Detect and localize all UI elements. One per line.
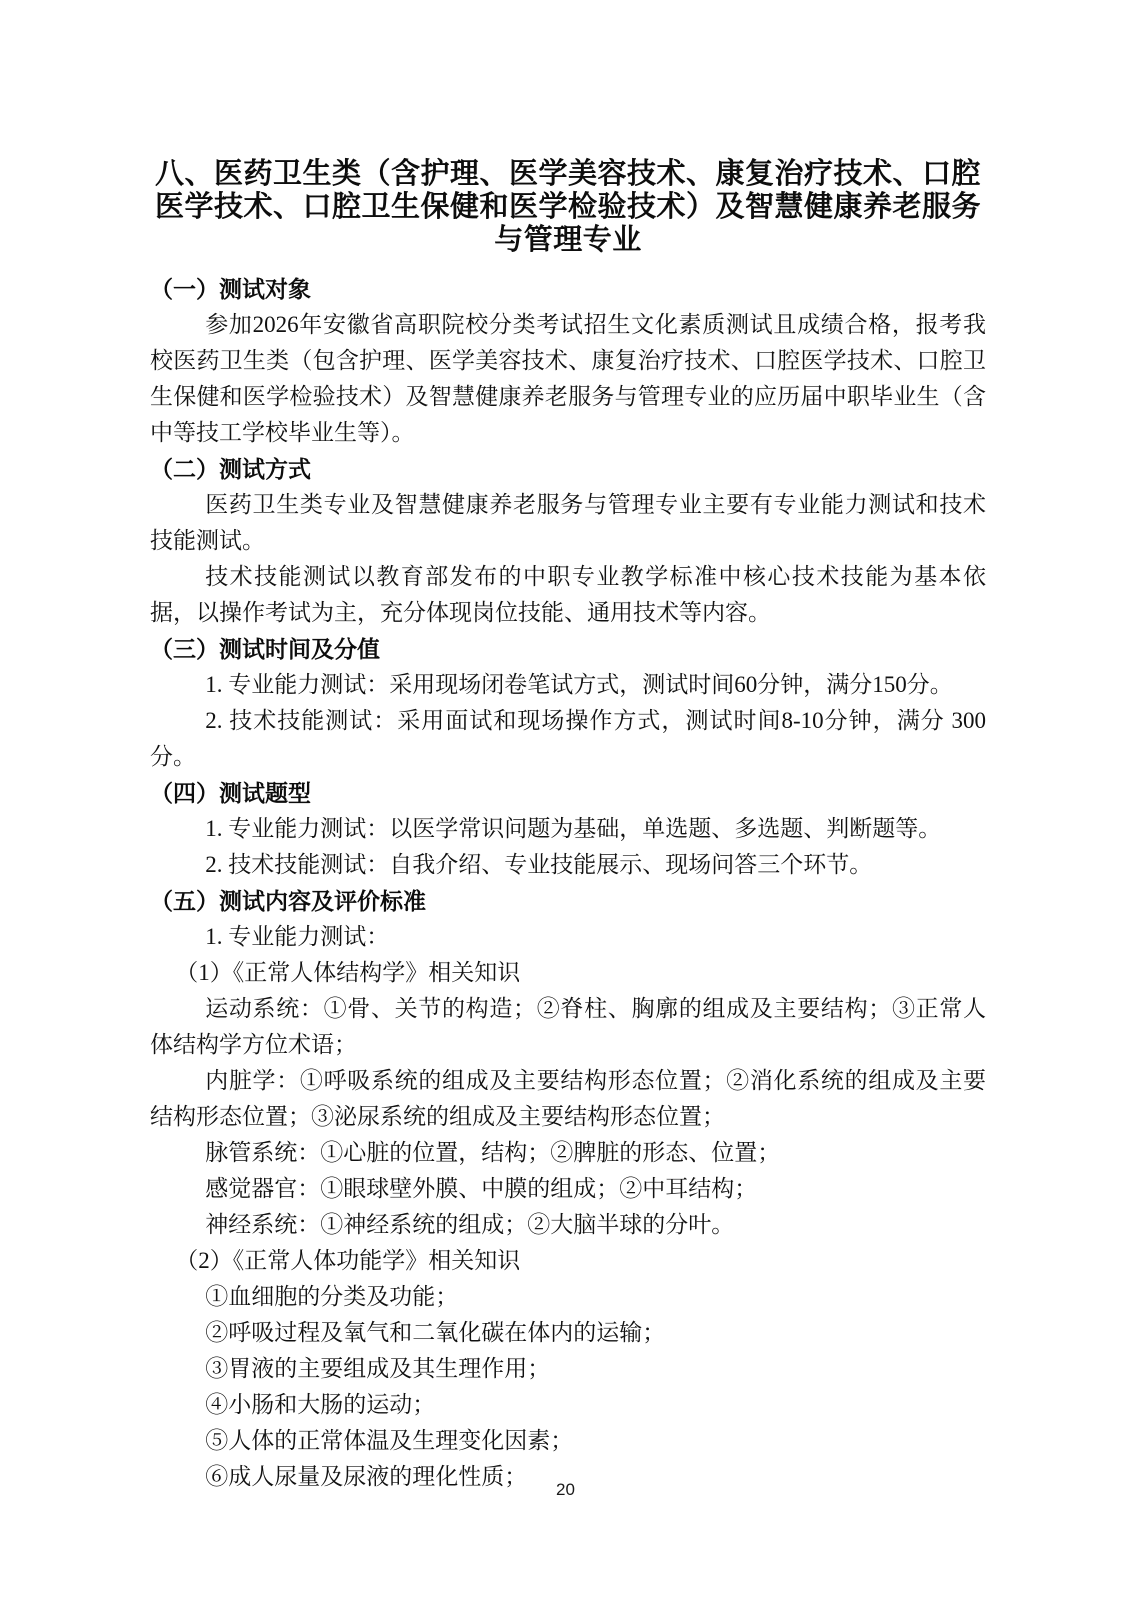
- item-ability-test-types: 1. 专业能力测试：以医学常识问题为基础，单选题、多选题、判断题等。: [150, 811, 986, 847]
- section-heading-4-question-types: （四）测试题型: [150, 775, 986, 811]
- list-item-intestine-motion: ④小肠和大肠的运动；: [150, 1387, 986, 1423]
- section-heading-2-test-method: （二）测试方式: [150, 451, 986, 487]
- para-vascular-system: 脉管系统：①心脏的位置，结构；②脾脏的形态、位置；: [150, 1135, 986, 1171]
- para-test-method-1: 医药卫生类专业及智慧健康养老服务与管理专业主要有专业能力测试和技术技能测试。: [150, 487, 986, 559]
- para-test-target: 参加2026年安徽省高职院校分类考试招生文化素质测试且成绩合格，报考我校医药卫生…: [150, 307, 986, 451]
- section-heading-3-time-and-score: （三）测试时间及分值: [150, 631, 986, 667]
- subitem-body-structure-knowledge: （1）《正常人体结构学》相关知识: [150, 955, 986, 991]
- para-test-method-2: 技术技能测试以教育部发布的中职专业教学标准中核心技术技能为基本依据，以操作考试为…: [150, 559, 986, 631]
- section-heading-5-content-criteria: （五）测试内容及评价标准: [150, 883, 986, 919]
- document-title: 八、医药卫生类（含护理、医学美容技术、康复治疗技术、口腔 医学技术、口腔卫生保健…: [150, 158, 986, 257]
- page-number: 20: [0, 1480, 1131, 1500]
- item-ability-test-time: 1. 专业能力测试：采用现场闭卷笔试方式，测试时间60分钟，满分150分。: [150, 667, 986, 703]
- list-item-gastric-juice: ③胃液的主要组成及其生理作用；: [150, 1351, 986, 1387]
- item-ability-test-label: 1. 专业能力测试：: [150, 919, 986, 955]
- para-viscera: 内脏学：①呼吸系统的组成及主要结构形态位置；②消化系统的组成及主要结构形态位置；…: [150, 1063, 986, 1135]
- subitem-body-function-knowledge: （2）《正常人体功能学》相关知识: [150, 1243, 986, 1279]
- list-item-body-temperature: ⑤人体的正常体温及生理变化因素；: [150, 1423, 986, 1459]
- document-page: 八、医药卫生类（含护理、医学美容技术、康复治疗技术、口腔 医学技术、口腔卫生保健…: [0, 0, 1131, 1600]
- para-sensory-organs: 感觉器官：①眼球壁外膜、中膜的组成；②中耳结构；: [150, 1171, 986, 1207]
- list-item-blood-cells: ①血细胞的分类及功能；: [150, 1279, 986, 1315]
- item-skill-test-time: 2. 技术技能测试：采用面试和现场操作方式，测试时间8-10分钟，满分 300分…: [150, 703, 986, 775]
- document-content: 八、医药卫生类（含护理、医学美容技术、康复治疗技术、口腔 医学技术、口腔卫生保健…: [150, 0, 986, 1495]
- list-item-respiration: ②呼吸过程及氧气和二氧化碳在体内的运输；: [150, 1315, 986, 1351]
- item-skill-test-types: 2. 技术技能测试：自我介绍、专业技能展示、现场问答三个环节。: [150, 847, 986, 883]
- section-heading-1-test-target: （一）测试对象: [150, 271, 986, 307]
- para-motor-system: 运动系统：①骨、关节的构造；②脊柱、胸廓的组成及主要结构；③正常人体结构学方位术…: [150, 991, 986, 1063]
- para-nervous-system: 神经系统：①神经系统的组成；②大脑半球的分叶。: [150, 1207, 986, 1243]
